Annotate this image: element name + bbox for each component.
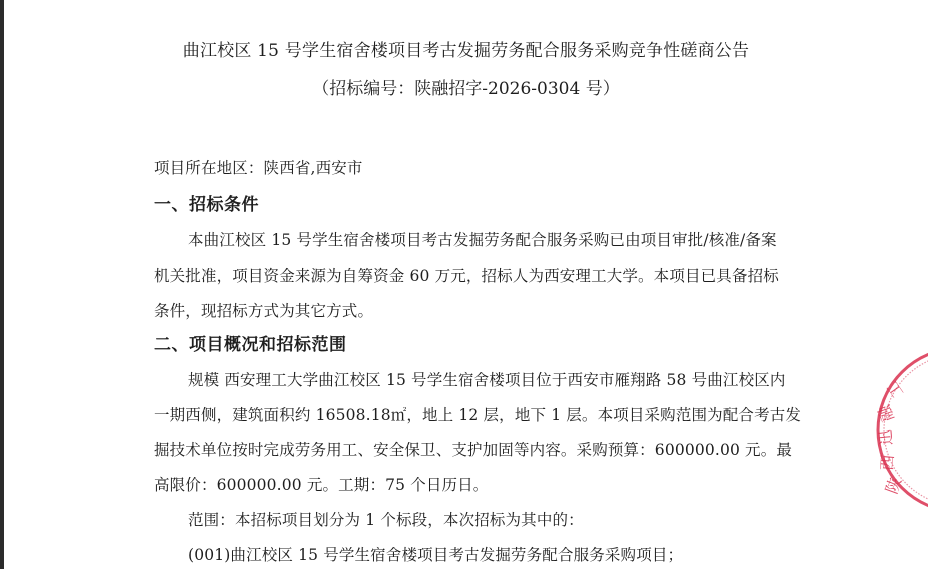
tender-number: （招标编号：陕融招字-2026-0304 号） [4, 74, 928, 99]
paragraph-line: 条件，现招标方式为其它方式。 [154, 299, 373, 321]
project-region: 项目所在地区：陕西省,西安市 [154, 156, 363, 178]
svg-text:迅: 迅 [876, 429, 896, 447]
paragraph-line: 本曲江校区 15 号学生宿舍楼项目考古发掘劳务配合服务采购已由项目审批/核准/备… [188, 228, 777, 250]
paragraph-line: 掘技术单位按时完成劳务用工、安全保卫、支护加固等内容。采购预算：600000.0… [154, 438, 792, 460]
svg-text:陕: 陕 [882, 475, 905, 497]
section-heading-project-overview: 二、项目概况和招标范围 [154, 330, 347, 355]
paragraph-line: 高限价：600000.00 元。工期：75 个日历日。 [154, 473, 488, 495]
document-page: 曲江校区 15 号学生宿舍楼项目考古发掘劳务配合服务采购竞争性磋商公告 （招标编… [4, 0, 928, 569]
section-heading-tender-conditions: 一、招标条件 [154, 190, 259, 215]
svg-text:工: 工 [883, 378, 908, 402]
document-title: 曲江校区 15 号学生宿舍楼项目考古发掘劳务配合服务采购竞争性磋商公告 [4, 36, 928, 61]
svg-text:西: 西 [877, 454, 897, 472]
svg-text:融: 融 [874, 402, 898, 424]
paragraph-line: 范围：本招标项目划分为 1 个标段，本次招标为其中的： [188, 508, 584, 530]
official-seal-stamp: 陕 西 迅 融 工 [870, 345, 928, 515]
paragraph-line: 机关批准，项目资金来源为自筹资金 60 万元，招标人为西安理工大学。本项目已具备… [154, 264, 779, 286]
paragraph-line: (001)曲江校区 15 号学生宿舍楼项目考古发掘劳务配合服务采购项目； [188, 543, 683, 565]
paragraph-line: 规模 西安理工大学曲江校区 15 号学生宿舍楼项目位于西安市雁翔路 58 号曲江… [188, 368, 786, 390]
paragraph-line: 一期西侧，建筑面积约 16508.18㎡，地上 12 层，地下 1 层。本项目采… [154, 403, 801, 425]
